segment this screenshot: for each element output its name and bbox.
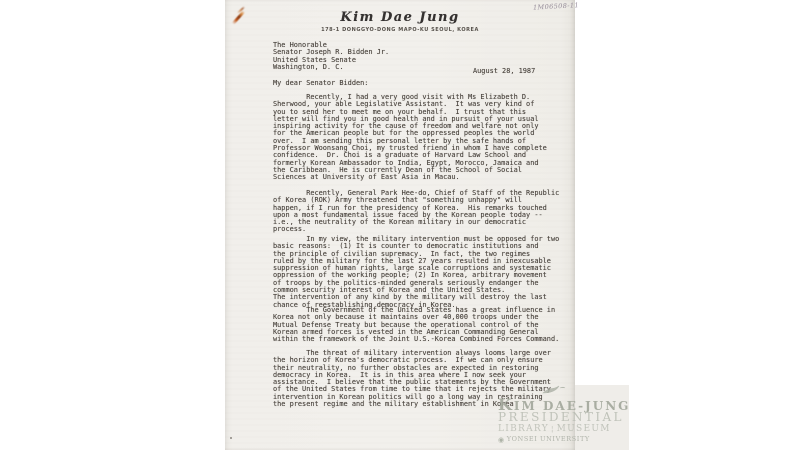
- paragraph-3: In my view, the military intervention mu…: [273, 236, 559, 309]
- scanned-letter-view: 1M06508-11 Kim Dae Jung 178-1 DONGGYO-DO…: [0, 0, 800, 450]
- watermark-museum-label: MUSEUM: [557, 424, 611, 434]
- library-museum-divider-icon: ¦: [551, 425, 555, 433]
- paragraph-4: The Government of the United States has …: [273, 307, 559, 343]
- scan-speck: [230, 437, 232, 439]
- yonsei-emblem-icon: ◉: [498, 436, 505, 444]
- watermark-subtitle: PRESIDENTIAL: [498, 410, 624, 424]
- paragraph-2: Recently, General Park Hee-do, Chief of …: [273, 190, 559, 234]
- library-watermark: KIM DAE-JUNG PRESIDENTIAL LIBRARY¦MUSEUM…: [494, 385, 630, 450]
- watermark-library-label: LIBRARY: [498, 424, 549, 434]
- bird-swoosh-icon: [542, 385, 566, 395]
- watermark-university: ◉YONSEI UNIVERSITY: [498, 435, 590, 444]
- paragraph-1: Recently, I had a very good visit with M…: [273, 94, 547, 182]
- letter-body: Recently, I had a very good visit with M…: [273, 0, 585, 450]
- letter-page: 1M06508-11 Kim Dae Jung 178-1 DONGGYO-DO…: [225, 0, 575, 450]
- watermark-university-label: YONSEI UNIVERSITY: [507, 435, 590, 443]
- watermark-library-museum: LIBRARY¦MUSEUM: [498, 424, 611, 434]
